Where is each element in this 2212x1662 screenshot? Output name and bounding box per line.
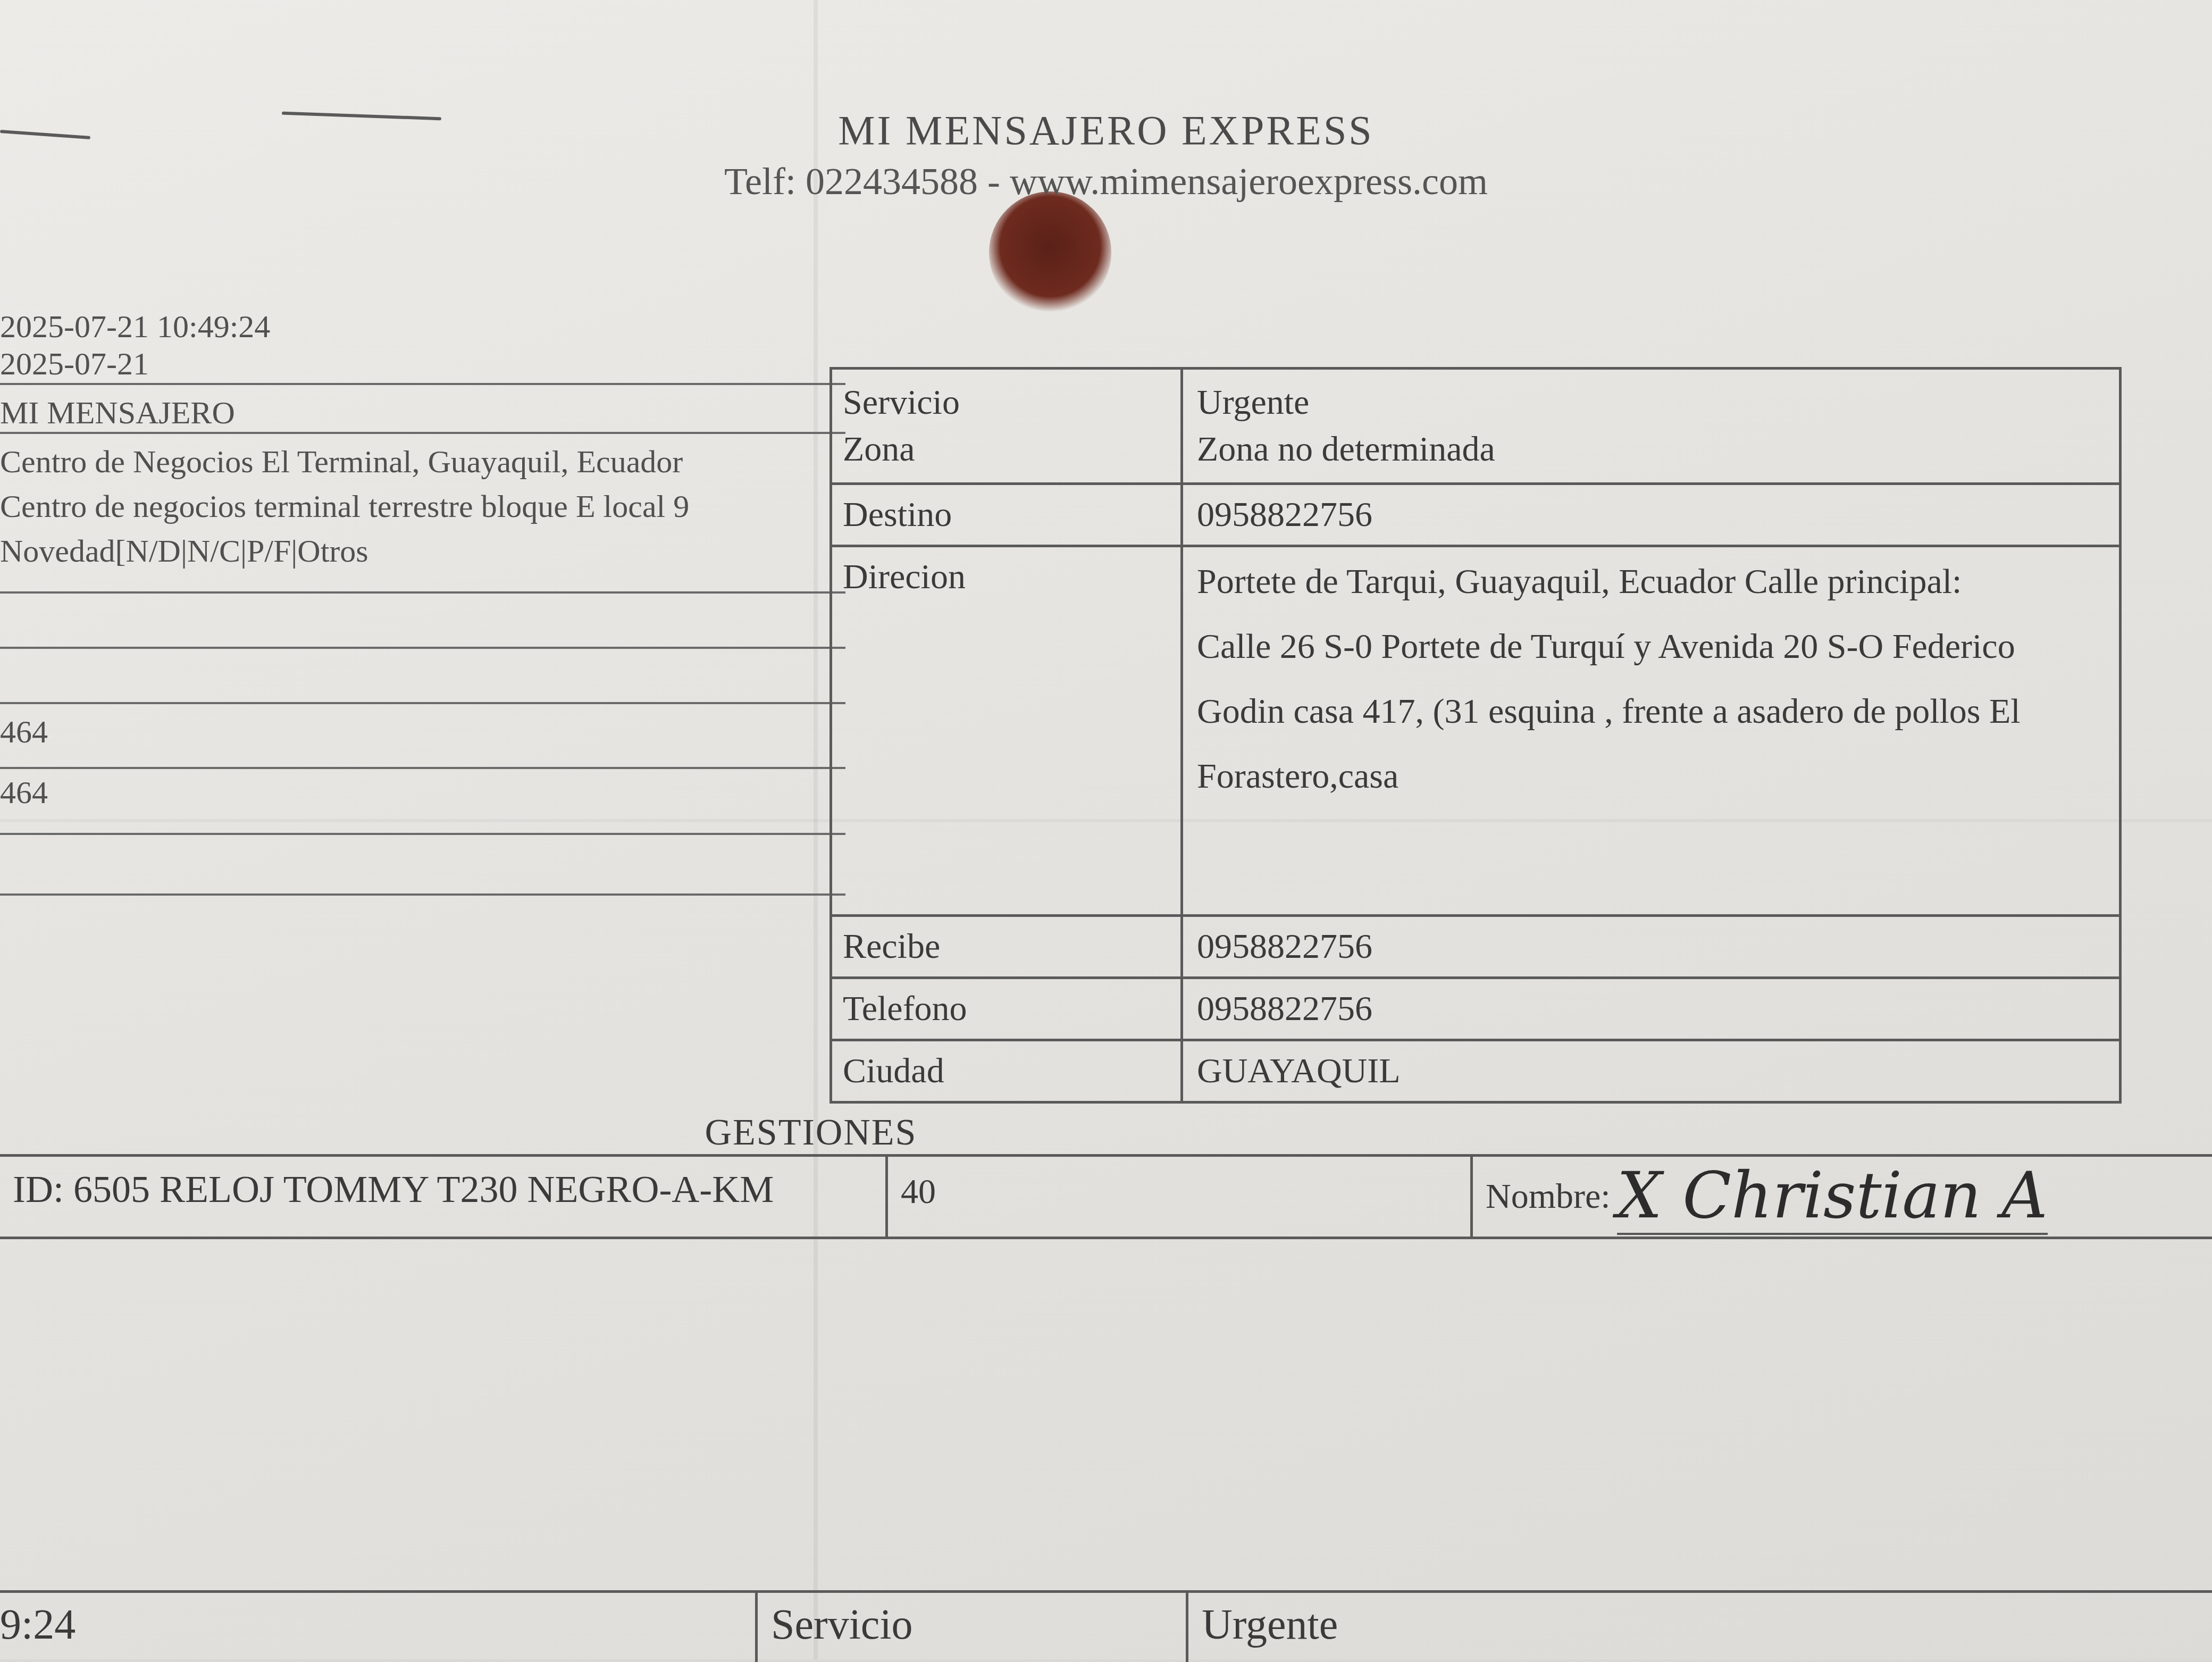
sender-ref-1: 464 (0, 714, 845, 751)
divider (1186, 1593, 1188, 1659)
address-line: Portete de Tarqui, Guayaquil, Ecuador Ca… (1197, 549, 2105, 614)
detail-row-telefono: Telefono 0958822756 (832, 979, 2119, 1041)
sender-ref-2: 464 (0, 774, 845, 812)
divider (0, 833, 845, 835)
address-line: Forastero,casa (1197, 744, 2105, 809)
novedad-options: Novedad[N/D|N/C|P/F|Otros (0, 533, 845, 570)
novedad-line (0, 702, 845, 704)
sender-name: MI MENSAJERO (0, 395, 845, 432)
next-slip-time: 9:24 (0, 1601, 76, 1649)
slip-header: MI MENSAJERO EXPRESS Telf: 022434588 - w… (0, 106, 2212, 204)
next-slip-service-value: Urgente (1202, 1601, 1338, 1649)
company-contact: Telf: 022434588 - www.mimensajeroexpress… (0, 160, 2212, 204)
next-slip-service-label: Servicio (771, 1601, 913, 1649)
handwritten-signature: X Christian A (1617, 1159, 2048, 1235)
value-telefono: 0958822756 (1183, 979, 2119, 1039)
name-label: Nombre: (1486, 1176, 1611, 1217)
company-name: MI MENSAJERO EXPRESS (0, 106, 2212, 154)
value-destino: 0958822756 (1183, 485, 2119, 545)
gestion-quantity: 40 (888, 1157, 1473, 1237)
value-servicio: Urgente (1197, 379, 2105, 426)
address-line: Calle 26 S-0 Portete de Turquí y Avenida… (1197, 614, 2105, 679)
value-zona: Zona no determinada (1197, 426, 2105, 473)
label-recibe: Recibe (832, 917, 1183, 976)
ink-stain (989, 191, 1111, 314)
address-line: Godin casa 417, (31 esquina , frente a a… (1197, 679, 2105, 744)
divider (0, 893, 845, 896)
gestiones-title: GESTIONES (0, 1112, 1622, 1154)
label-telefono: Telefono (832, 979, 1183, 1039)
label-direcion: Direcion (832, 547, 1183, 914)
detail-row-ciudad: Ciudad GUAYAQUIL (832, 1041, 2119, 1101)
recipient-signature-field: Nombre: X Christian A (1473, 1157, 2212, 1237)
gestiones-row: ID: 6505 RELOJ TOMMY T230 NEGRO-A-KM 40 … (0, 1154, 2212, 1239)
divider (0, 767, 845, 769)
label-ciudad: Ciudad (832, 1041, 1183, 1101)
novedad-line (0, 591, 845, 594)
delivery-details-table: Servicio Zona Urgente Zona no determinad… (829, 367, 2122, 1104)
novedad-line (0, 647, 845, 649)
value-recibe: 0958822756 (1183, 917, 2119, 976)
created-datetime: 2025-07-21 10:49:24 (0, 308, 845, 346)
value-ciudad: GUAYAQUIL (1183, 1041, 2119, 1101)
divider (755, 1593, 758, 1659)
divider (0, 432, 845, 434)
delivery-slip-paper: MI MENSAJERO EXPRESS Telf: 022434588 - w… (0, 0, 2212, 1659)
label-zona: Zona (843, 426, 1170, 473)
detail-row-direcion: Direcion Portete de Tarqui, Guayaquil, E… (832, 547, 2119, 917)
label-destino: Destino (832, 485, 1183, 545)
label-servicio: Servicio (843, 379, 1170, 426)
delivery-date: 2025-07-21 (0, 346, 845, 383)
detail-row-servicio-zona: Servicio Zona Urgente Zona no determinad… (832, 370, 2119, 485)
divider (0, 383, 845, 385)
detail-row-destino: Destino 0958822756 (832, 485, 2119, 547)
sender-address: Centro de Negocios El Terminal, Guayaqui… (0, 444, 845, 481)
detail-row-recibe: Recibe 0958822756 (832, 917, 2119, 979)
next-slip-top-border (0, 1590, 2212, 1593)
sender-block: 2025-07-21 10:49:24 2025-07-21 MI MENSAJ… (0, 308, 845, 896)
gestion-item: ID: 6505 RELOJ TOMMY T230 NEGRO-A-KM (0, 1157, 888, 1237)
sender-address-detail: Centro de negocios terminal terrestre bl… (0, 488, 845, 525)
